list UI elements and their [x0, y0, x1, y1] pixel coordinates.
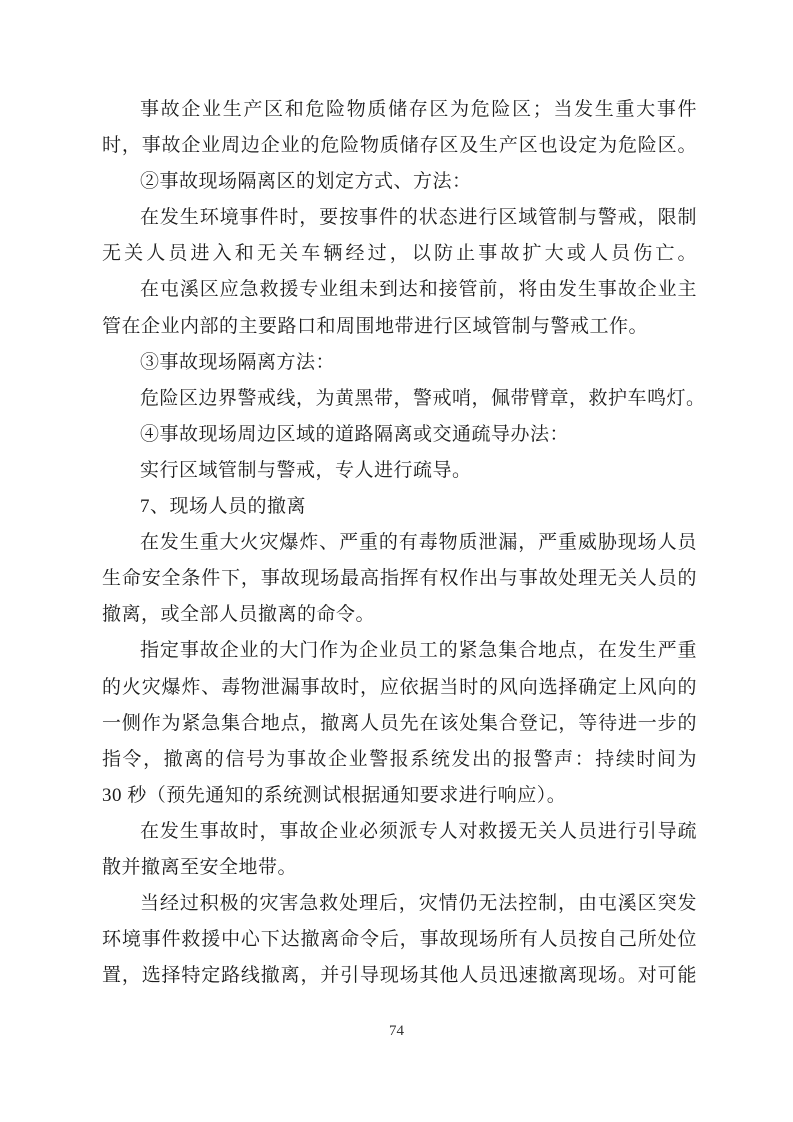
- text-line-16: 指定事故企业的大门作为企业员工的紧急集合地点，在发生严重: [102, 633, 697, 669]
- text-line-5: 无关人员进入和无关车辆经过，以防止事故扩大或人员伤亡。: [102, 236, 697, 272]
- text-line-12: 7、现场人员的撤离: [102, 489, 697, 525]
- text-line-6: 在屯溪区应急救援专业组未到达和接管前，将由发生事故企业主: [102, 272, 697, 308]
- text-line-1: 事故企业生产区和危险物质储存区为危险区；当发生重大事件: [102, 92, 697, 128]
- text-line-21: 在发生事故时，事故企业必须派专人对救援无关人员进行引导疏: [102, 814, 697, 850]
- text-line-22: 散并撤离至安全地带。: [102, 850, 697, 886]
- page-footer: 74: [0, 1022, 793, 1040]
- document-page: 事故企业生产区和危险物质储存区为危险区；当发生重大事件时，事故企业周边企业的危险…: [0, 0, 793, 1122]
- text-line-15: 撤离，或全部人员撤离的命令。: [102, 597, 697, 633]
- text-line-23: 当经过积极的灾害急救处理后，灾情仍无法控制，由屯溪区突发: [102, 886, 697, 922]
- text-line-7: 管在企业内部的主要路口和周围地带进行区域管制与警戒工作。: [102, 309, 697, 345]
- text-line-13: 在发生重大火灾爆炸、严重的有毒物质泄漏，严重威胁现场人员: [102, 525, 697, 561]
- text-line-25: 置，选择特定路线撤离，并引导现场其他人员迅速撤离现场。对可能: [102, 958, 697, 994]
- text-line-17: 的火灾爆炸、毒物泄漏事故时，应依据当时的风向选择确定上风向的: [102, 670, 697, 706]
- page-number: 74: [389, 1023, 404, 1039]
- text-line-19: 指令，撤离的信号为事故企业警报系统发出的报警声：持续时间为: [102, 742, 697, 778]
- document-body: 事故企业生产区和危险物质储存区为危险区；当发生重大事件时，事故企业周边企业的危险…: [102, 92, 697, 994]
- text-line-3: ②事故现场隔离区的划定方式、方法：: [102, 164, 697, 200]
- text-line-9: 危险区边界警戒线，为黄黑带，警戒哨，佩带臂章，救护车鸣灯。: [102, 381, 697, 417]
- text-line-10: ④事故现场周边区域的道路隔离或交通疏导办法：: [102, 417, 697, 453]
- text-line-20: 30 秒（预先通知的系统测试根据通知要求进行响应）。: [102, 778, 697, 814]
- text-line-4: 在发生环境事件时，要按事件的状态进行区域管制与警戒，限制: [102, 200, 697, 236]
- text-line-11: 实行区域管制与警戒，专人进行疏导。: [102, 453, 697, 489]
- text-line-24: 环境事件救援中心下达撤离命令后，事故现场所有人员按自己所处位: [102, 922, 697, 958]
- text-line-18: 一侧作为紧急集合地点，撤离人员先在该处集合登记，等待进一步的: [102, 706, 697, 742]
- text-line-14: 生命安全条件下，事故现场最高指挥有权作出与事故处理无关人员的: [102, 561, 697, 597]
- text-line-2: 时，事故企业周边企业的危险物质储存区及生产区也设定为危险区。: [102, 128, 697, 164]
- text-line-8: ③事故现场隔离方法：: [102, 345, 697, 381]
